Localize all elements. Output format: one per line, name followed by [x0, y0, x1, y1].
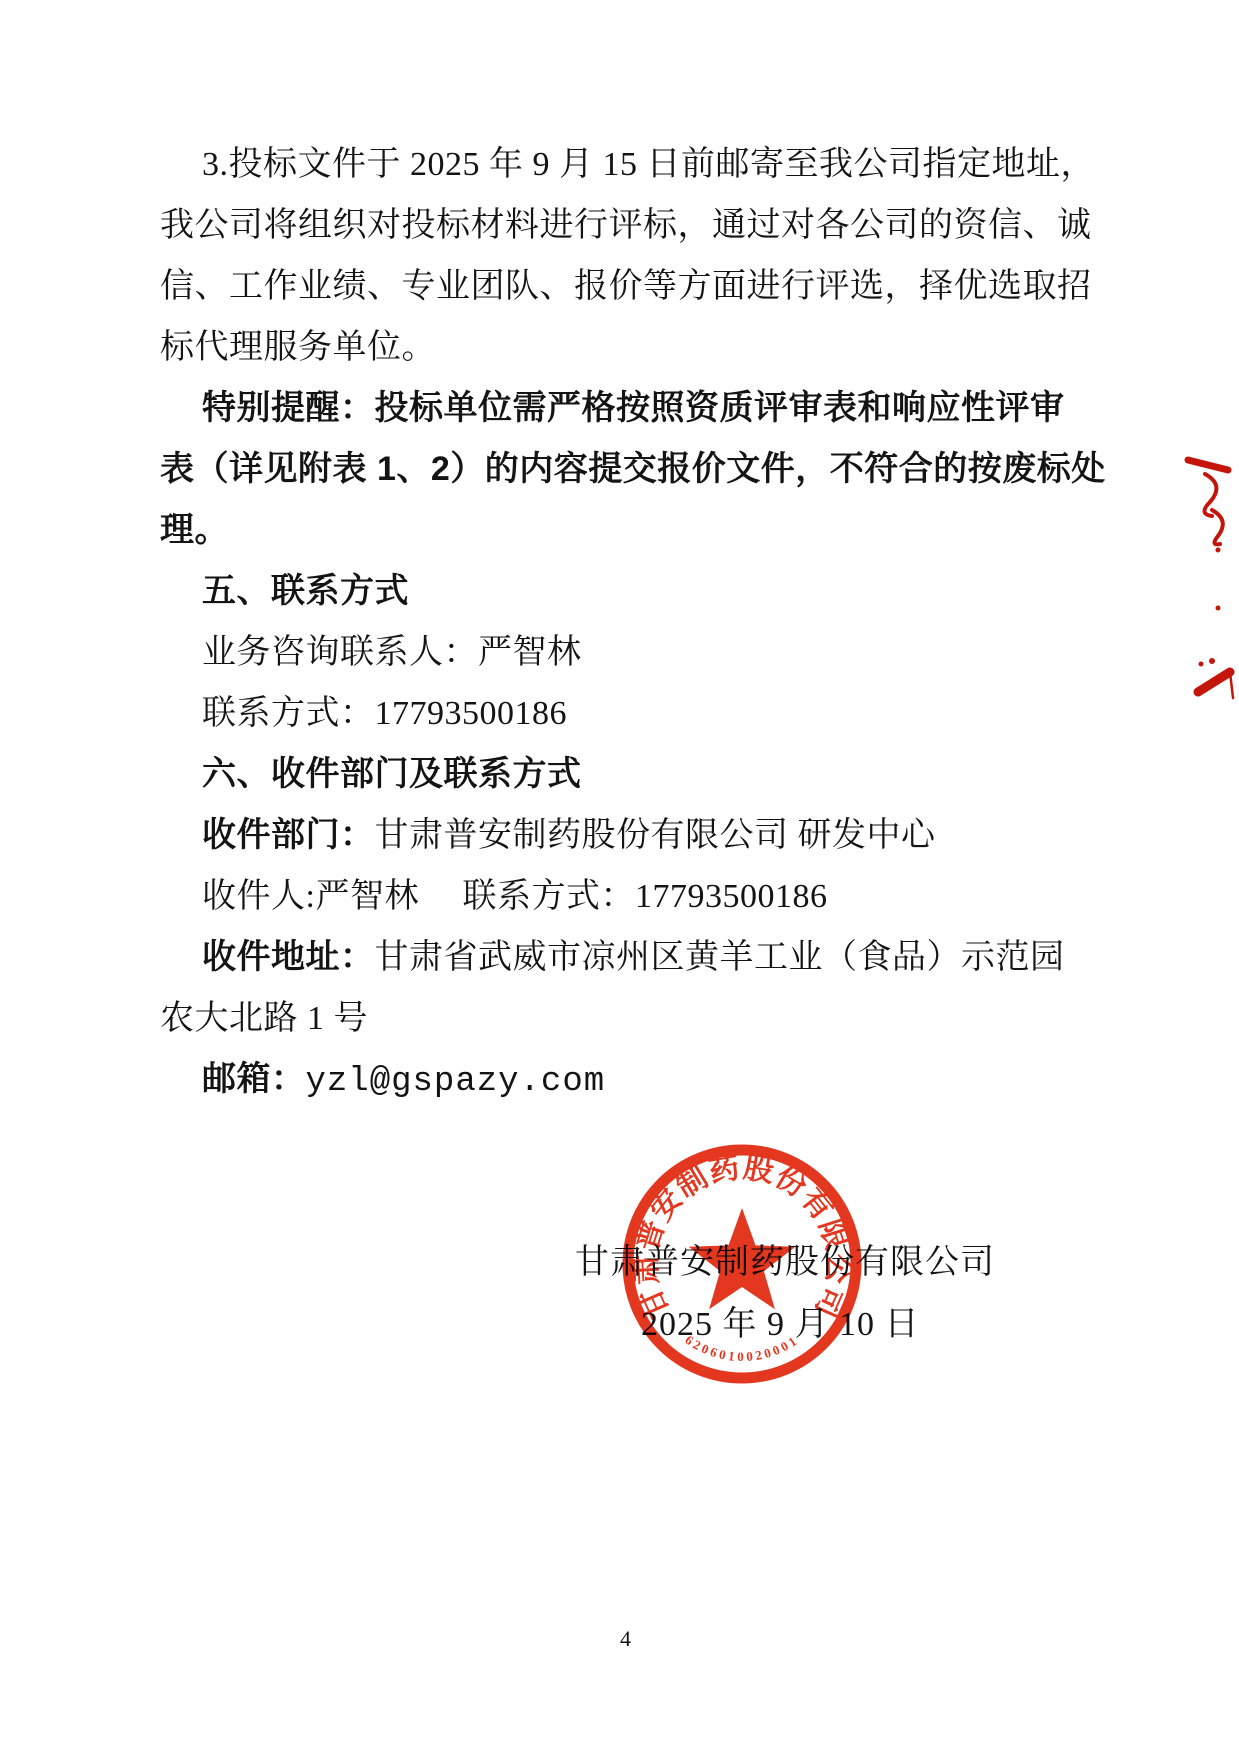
field-value: 甘肃普安制药股份有限公司 研发中心: [375, 817, 936, 854]
contact-person-line: 业务咨询联系人：严智林: [160, 622, 1080, 683]
field-label: 收件地址：: [202, 938, 375, 976]
pen-dot-icon: [1199, 662, 1204, 667]
recipient-address-line: 收件地址：甘肃省武威市凉州区黄羊工业（食品）示范园: [160, 927, 1080, 988]
line-text: 特别提醒：投标单位需严格按照资质评审表和响应性评审: [202, 389, 1065, 427]
special-reminder-line: 特别提醒：投标单位需严格按照资质评审表和响应性评审: [160, 378, 1080, 439]
pen-dot-icon: [1216, 606, 1221, 611]
paragraph-line: 3.投标文件于 2025 年 9 月 15 日前邮寄至我公司指定地址，: [160, 134, 1080, 195]
heading-text: 六、收件部门及联系方式: [202, 755, 582, 793]
section-heading-recipient: 六、收件部门及联系方式: [160, 744, 1080, 805]
page-number: 4: [620, 1626, 631, 1652]
pen-dot-icon: [1209, 658, 1215, 664]
line-text: 信、工作业绩、专业团队、报价等方面进行评选，择优选取招: [160, 268, 1092, 305]
seal-code-text: 6206010020001: [682, 1332, 801, 1364]
scanned-document-page: { "page": { "number": "4", "background":…: [0, 0, 1239, 1754]
line-text: 联系方式：17793500186: [202, 695, 567, 732]
email-value: yzl@gspazy.com: [306, 1063, 606, 1101]
line-text: 理。: [160, 511, 229, 549]
field-label: 邮箱：: [202, 1060, 306, 1098]
line-text: 业务咨询联系人：严智林: [202, 634, 582, 671]
paragraph-line: 标代理服务单位。: [160, 317, 1080, 378]
company-seal-stamp: 甘肃普安制药股份有限公司 6206010020001: [592, 1114, 892, 1414]
paragraph-line: 我公司将组织对投标材料进行评标，通过对各公司的资信、诚: [160, 195, 1080, 256]
line-text: 收件人:严智林 联系方式：17793500186: [202, 878, 827, 915]
recipient-person-line: 收件人:严智林 联系方式：17793500186: [160, 866, 1080, 927]
pen-marks: [1150, 440, 1239, 720]
pen-scribble-upper-icon: [1188, 460, 1228, 470]
special-reminder-line: 表（详见附表 1、2）的内容提交报价文件，不符合的按废标处: [160, 439, 1080, 500]
line-text: 农大北路 1 号: [160, 1000, 368, 1037]
email-line: 邮箱：yzl@gspazy.com: [160, 1049, 1080, 1110]
line-text: 标代理服务单位。: [160, 329, 436, 366]
line-text: 表（详见附表 1、2）的内容提交报价文件，不符合的按废标处: [160, 450, 1106, 488]
document-text-block: 3.投标文件于 2025 年 9 月 15 日前邮寄至我公司指定地址， 我公司将…: [160, 134, 1080, 1110]
recipient-address-line: 农大北路 1 号: [160, 988, 1080, 1049]
recipient-department-line: 收件部门：甘肃普安制药股份有限公司 研发中心: [160, 805, 1080, 866]
field-label: 收件部门：: [202, 816, 375, 854]
line-text: 我公司将组织对投标材料进行评标，通过对各公司的资信、诚: [160, 207, 1092, 244]
section-heading-contact: 五、联系方式: [160, 561, 1080, 622]
line-text: 3.投标文件于 2025 年 9 月 15 日前邮寄至我公司指定地址，: [202, 146, 1095, 183]
pen-scribble-lower-icon: [1198, 672, 1230, 692]
paragraph-line: 信、工作业绩、专业团队、报价等方面进行评选，择优选取招: [160, 256, 1080, 317]
contact-phone-line: 联系方式：17793500186: [160, 683, 1080, 744]
seal-star-icon: [689, 1208, 796, 1309]
heading-text: 五、联系方式: [202, 572, 409, 610]
pen-dot-icon: [1216, 548, 1221, 553]
special-reminder-line: 理。: [160, 500, 1080, 561]
field-value: 甘肃省武威市凉州区黄羊工业（食品）示范园: [375, 939, 1065, 976]
pen-scribble-lower-icon: [1230, 672, 1233, 698]
svg-text:6206010020001: 6206010020001: [682, 1332, 801, 1364]
